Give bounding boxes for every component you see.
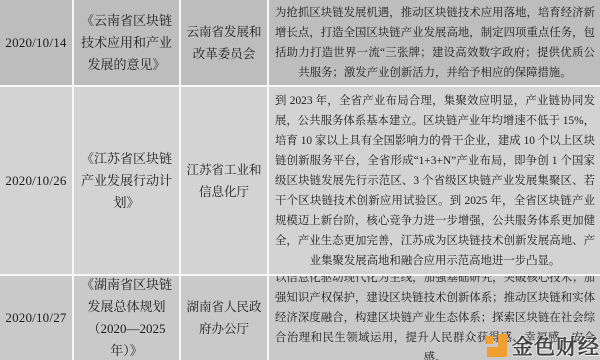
table-cell-content: 为抢抓区块链发展机遇，推动区块链技术应用落地，培育经济新增长点，打造全国区块链产…	[269, 0, 600, 85]
table-cell-content: 以信息化驱动现代化为主线，加强基础研究，突破核心技术；加强知识产权保护，建设区块…	[269, 276, 600, 360]
issuing-agency: 江苏省工业和信息化厅	[185, 159, 263, 203]
policy-summary: 到 2023 年，全省产业布局合理，集聚效应明显，产业链协同发展，公共服务体系基…	[275, 91, 595, 271]
table-cell-policy: 《江苏省区块链产业发展行动计划》	[74, 87, 179, 274]
policy-date: 2020/10/26	[5, 173, 66, 189]
policy-summary: 为抢抓区块链发展机遇，推动区块链技术应用落地，培育经济新增长点，打造全国区块链产…	[275, 3, 595, 83]
policy-summary: 以信息化驱动现代化为主线，加强基础研究，突破核心技术；加强知识产权保护，建设区块…	[275, 276, 595, 360]
table-cell-content: 到 2023 年，全省产业布局合理，集聚效应明显，产业链协同发展，公共服务体系基…	[269, 87, 600, 274]
table-cell-date: 2020/10/26	[0, 87, 72, 274]
policy-title: 《江苏省区块链产业发展行动计划》	[79, 148, 174, 214]
issuing-agency: 湖南省人民政府办公厅	[185, 296, 263, 340]
policy-date: 2020/10/27	[5, 310, 66, 326]
policy-date: 2020/10/14	[5, 35, 66, 51]
table-cell-policy: 《云南省区块链技术应用和产业发展的意见》	[74, 0, 179, 85]
table-cell-policy: 《湖南省区块链发展总体规划（2020—2025年）》	[74, 276, 179, 360]
table-cell-date: 2020/10/27	[0, 276, 72, 360]
table-cell-agency: 江苏省工业和信息化厅	[181, 87, 267, 274]
table-cell-agency: 云南省发展和改革委员会	[181, 0, 267, 85]
policy-title: 《云南省区块链技术应用和产业发展的意见》	[79, 10, 174, 76]
policy-title: 《湖南省区块链发展总体规划（2020—2025年）》	[79, 276, 174, 360]
table-cell-date: 2020/10/14	[0, 0, 72, 85]
policy-table: 2020/10/14 《云南省区块链技术应用和产业发展的意见》 云南省发展和改革…	[0, 0, 600, 360]
issuing-agency: 云南省发展和改革委员会	[185, 21, 263, 65]
table-cell-agency: 湖南省人民政府办公厅	[181, 276, 267, 360]
